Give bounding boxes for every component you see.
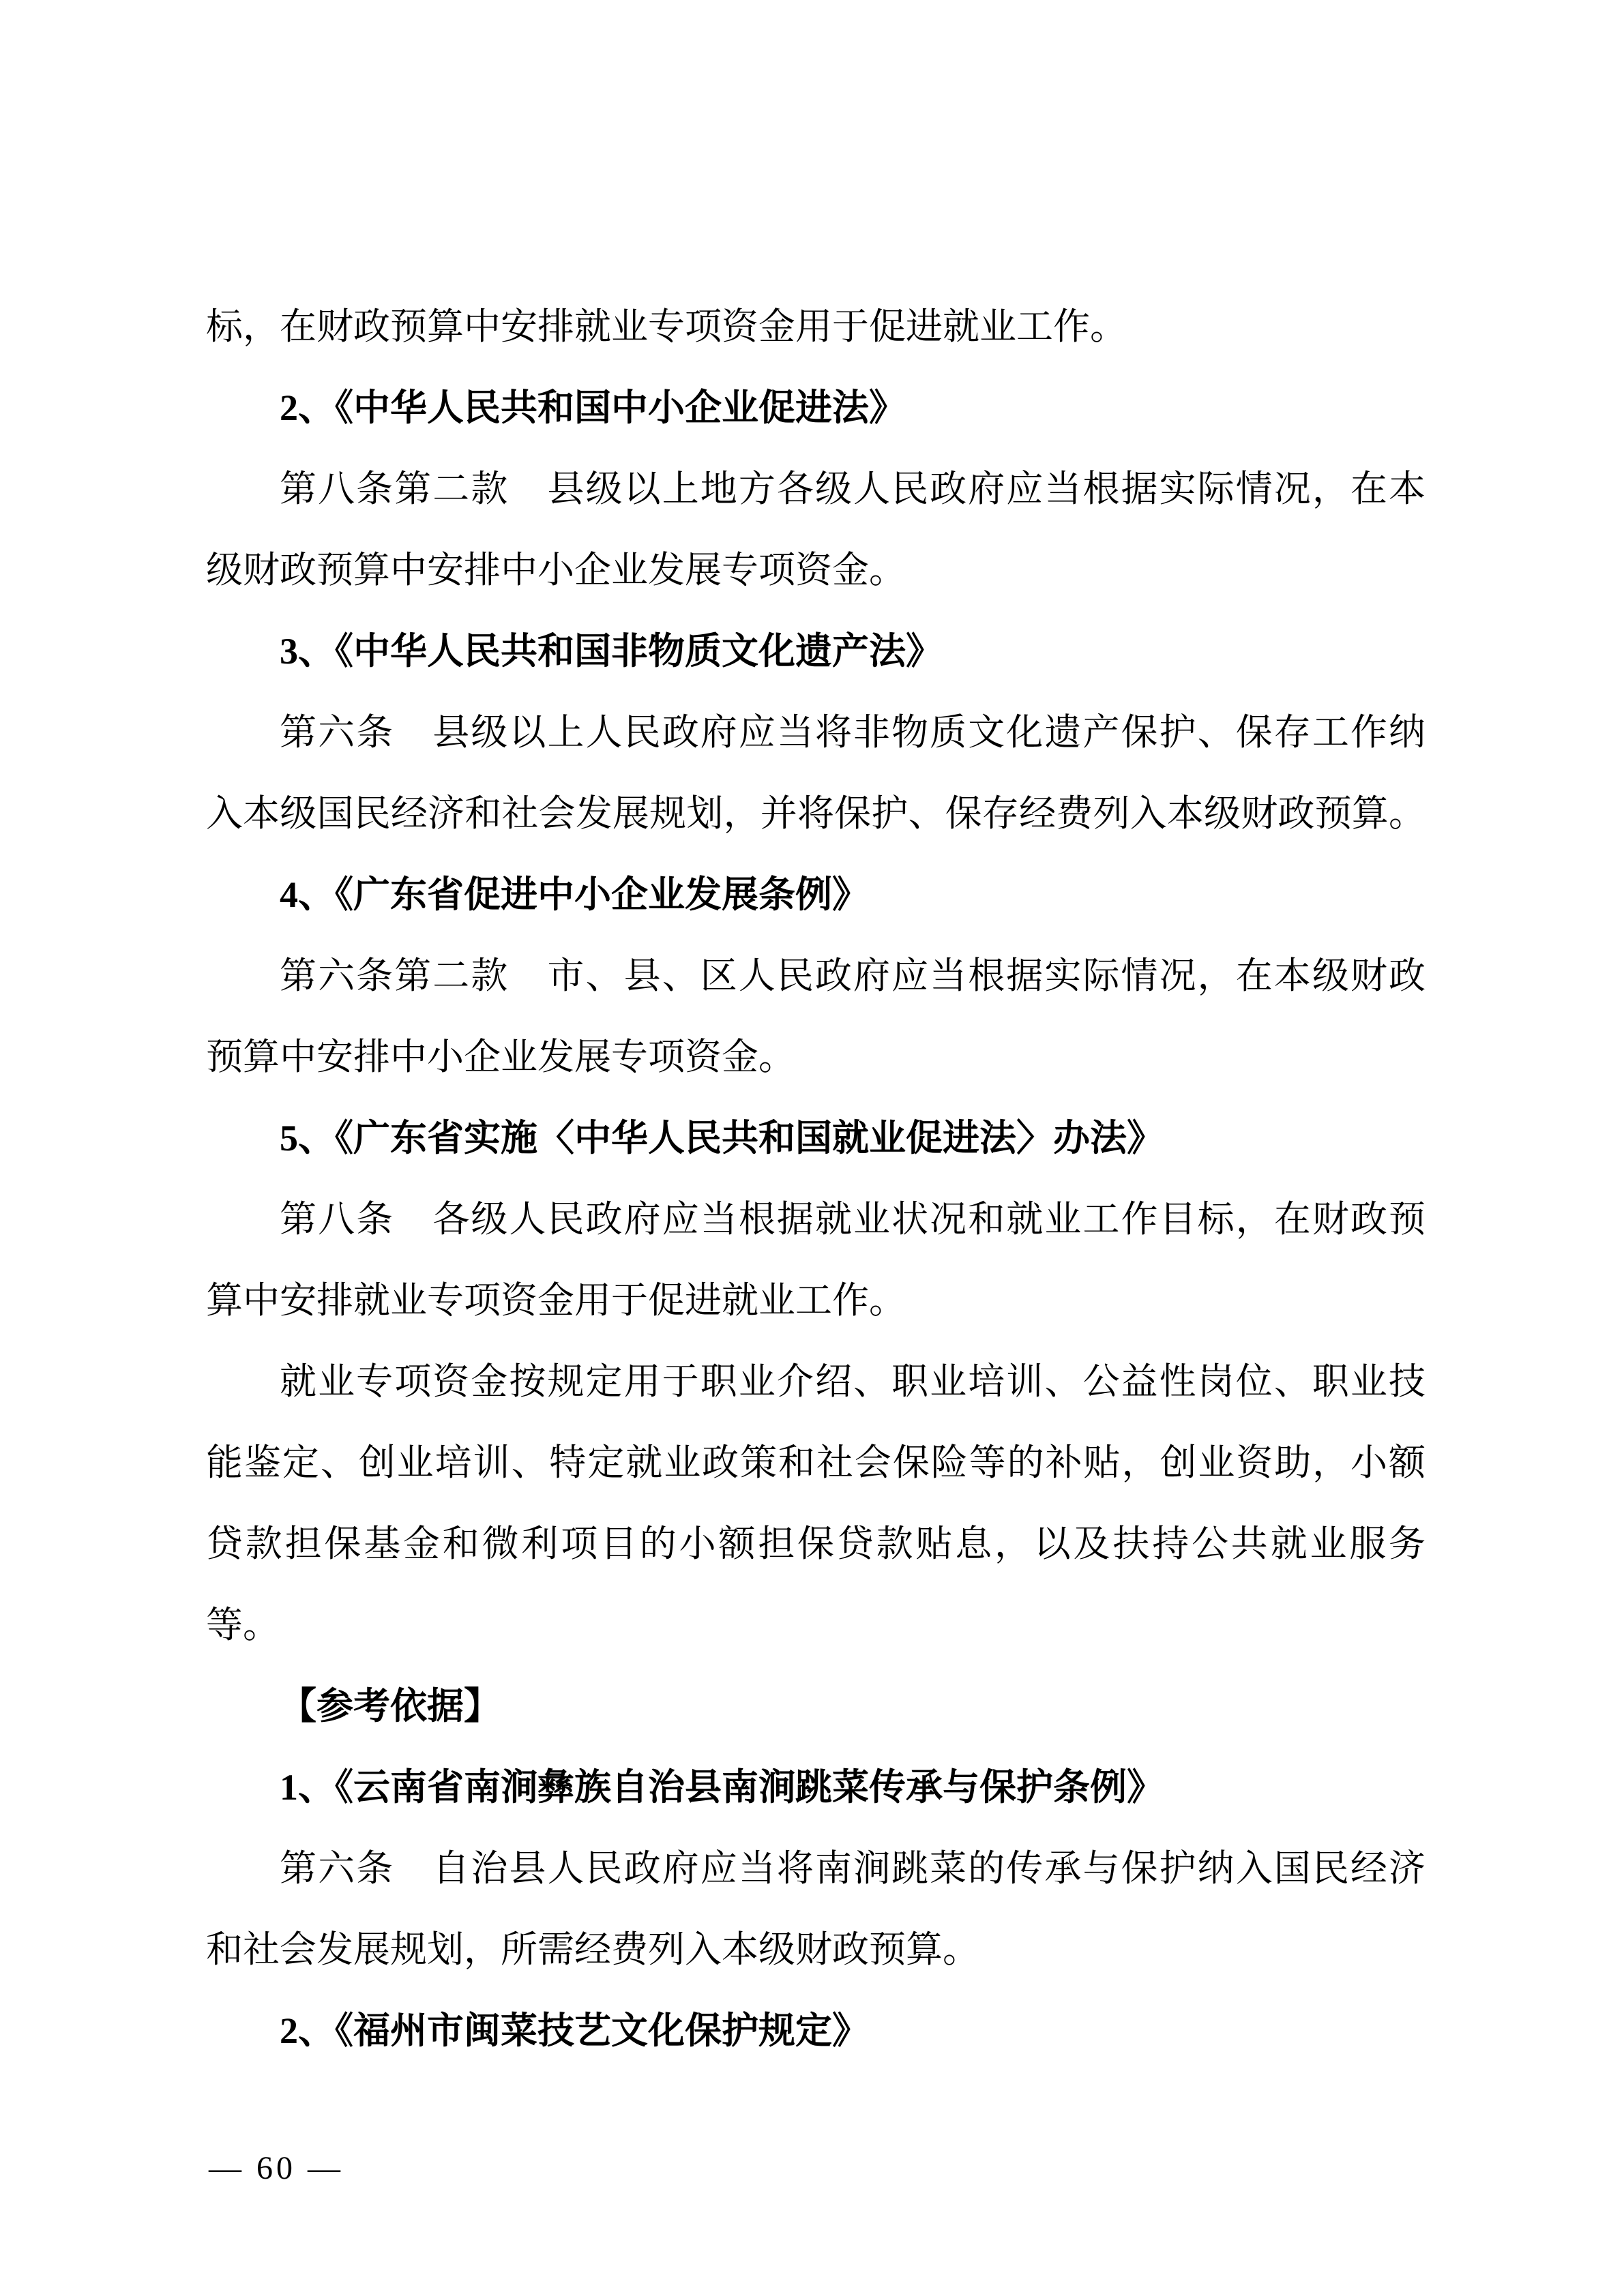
- paragraph-line: 第八条第二款 县级以上地方各级人民政府应当根据实际情况，在本: [206, 449, 1426, 530]
- paragraph-line: 算中安排就业专项资金用于促进就业工作。: [206, 1260, 1426, 1341]
- paragraph-line: 入本级国民经济和社会发展规划，并将保护、保存经费列入本级财政预算。: [206, 773, 1426, 854]
- page-footer: — 60 —: [209, 2148, 344, 2189]
- paragraph-line: 预算中安排中小企业发展专项资金。: [206, 1017, 1426, 1098]
- paragraph-line: 等。: [206, 1585, 1426, 1666]
- paragraph-line: 能鉴定、创业培训、特定就业政策和社会保险等的补贴，创业资助，小额: [206, 1422, 1426, 1504]
- law-title-heading: 3、《中华人民共和国非物质文化遗产法》: [206, 611, 1426, 692]
- document-page: 标，在财政预算中安排就业专项资金用于促进就业工作。 2、《中华人民共和国中小企业…: [0, 0, 1624, 2296]
- paragraph-line: 第六条第二款 市、县、区人民政府应当根据实际情况，在本级财政: [206, 936, 1426, 1017]
- paragraph-line: 第六条 自治县人民政府应当将南涧跳菜的传承与保护纳入国民经济: [206, 1828, 1426, 1909]
- page-number: — 60 —: [209, 2150, 344, 2186]
- law-title-heading: 4、《广东省促进中小企业发展条例》: [206, 854, 1426, 936]
- section-heading: 【参考依据】: [206, 1666, 1426, 1747]
- paragraph-line: 第八条 各级人民政府应当根据就业状况和就业工作目标，在财政预: [206, 1179, 1426, 1260]
- document-body: 标，在财政预算中安排就业专项资金用于促进就业工作。 2、《中华人民共和国中小企业…: [206, 286, 1426, 2072]
- law-title-heading: 5、《广东省实施〈中华人民共和国就业促进法〉办法》: [206, 1098, 1426, 1179]
- paragraph-line: 级财政预算中安排中小企业发展专项资金。: [206, 530, 1426, 611]
- paragraph-line: 贷款担保基金和微利项目的小额担保贷款贴息，以及扶持公共就业服务: [206, 1504, 1426, 1585]
- paragraph-line: 就业专项资金按规定用于职业介绍、职业培训、公益性岗位、职业技: [206, 1341, 1426, 1422]
- law-title-heading: 1、《云南省南涧彝族自治县南涧跳菜传承与保护条例》: [206, 1747, 1426, 1828]
- law-title-heading: 2、《福州市闽菜技艺文化保护规定》: [206, 1991, 1426, 2072]
- paragraph-line: 标，在财政预算中安排就业专项资金用于促进就业工作。: [206, 286, 1426, 368]
- paragraph-line: 第六条 县级以上人民政府应当将非物质文化遗产保护、保存工作纳: [206, 692, 1426, 773]
- paragraph-line: 和社会发展规划，所需经费列入本级财政预算。: [206, 1909, 1426, 1991]
- law-title-heading: 2、《中华人民共和国中小企业促进法》: [206, 368, 1426, 449]
